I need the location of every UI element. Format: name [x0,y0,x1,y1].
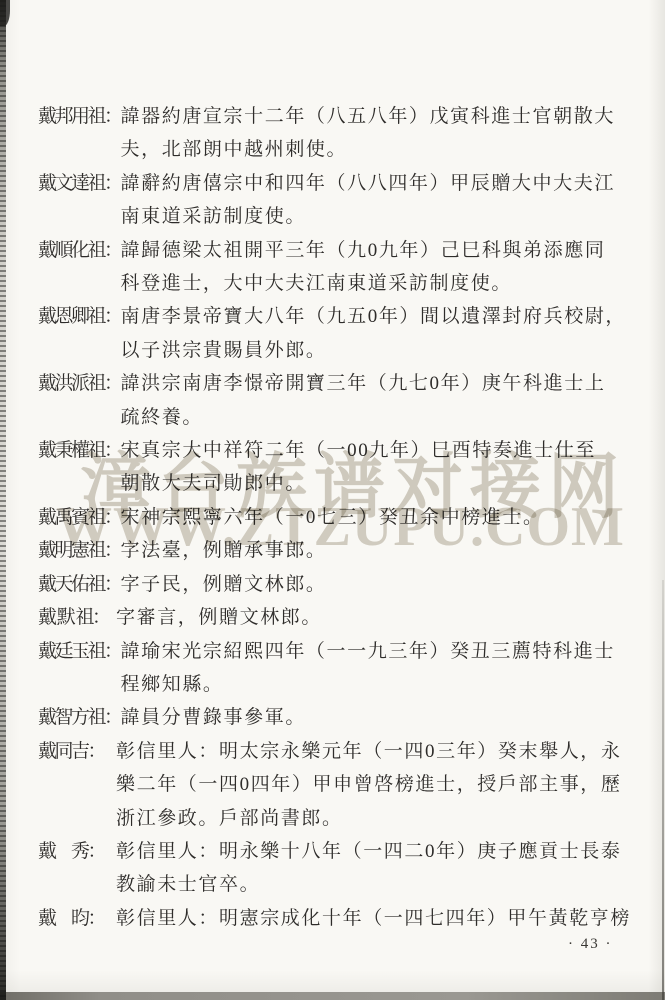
entry-text: 彰信里人：明憲宗成化十年（一四七四年）甲午黃乾亨榜 [116,902,618,935]
entry-text: 字法臺，例贈承事郎。 [121,534,618,567]
entry-row: 戴恩卿祖： 南唐李景帝寶大八年（九五0年）間以遺澤封府兵校尉， 以子洪宗貴賜員外… [38,300,618,367]
entry-text: 諱瑜宋光宗紹熙四年（一一九三年）癸丑三薦特科進士 程鄉知縣。 [121,635,618,702]
entry-text: 宋神宗熙寧六年（一0七三）癸丑余中榜進士。 [121,501,618,534]
entry-text: 諱辭約唐僖宗中和四年（八八四年）甲辰贈大中大夫江 南東道采訪制度使。 [121,167,618,234]
entry-text: 諱員分曹錄事參軍。 [121,701,618,734]
entry-text: 彰信里人：明太宗永樂元年（一四0三年）癸末舉人，永 樂二年（一四0四年）甲申曾啓… [116,735,618,835]
entry-text: 諱洪宗南唐李憬帝開寶三年（九七0年）庚午科進士上 疏終養。 [121,367,618,434]
entry-row: 戴同吉： 彰信里人：明太宗永樂元年（一四0三年）癸末舉人，永 樂二年（一四0四年… [38,735,618,835]
entry-name: 戴 秀： [38,835,116,868]
entry-text: 彰信里人：明永樂十八年（一四二0年）庚子應貢士長泰 教諭未士官卒。 [116,835,618,902]
entry-row: 戴 秀： 彰信里人：明永樂十八年（一四二0年）庚子應貢士長泰 教諭未士官卒。 [38,835,618,902]
entry-name: 戴洪派祖： [38,367,121,400]
scanned-genealogy-page: 戴邦用祖： 諱器約唐宣宗十二年（八五八年）戊寅科進士官朝散大 夫，北部朗中越州刺… [0,0,665,1000]
entry-name: 戴秉權祖： [38,434,121,467]
entry-name: 戴同吉： [38,735,116,768]
entry-row: 戴邦用祖： 諱器約唐宣宗十二年（八五八年）戊寅科進士官朝散大 夫，北部朗中越州刺… [38,100,618,167]
entry-row: 戴文達祖： 諱辭約唐僖宗中和四年（八八四年）甲辰贈大中大夫江 南東道采訪制度使。 [38,167,618,234]
scan-edge-right-artifact [662,580,664,1000]
entry-row: 戴智方祖： 諱員分曹錄事參軍。 [38,701,618,734]
entry-row: 戴天佑祖： 字子民，例贈文林郎。 [38,568,618,601]
entries-list: 戴邦用祖： 諱器約唐宣宗十二年（八五八年）戊寅科進士官朝散大 夫，北部朗中越州刺… [38,100,618,935]
entry-row: 戴 默 祖： 字審言，例贈文林郎。 [38,601,618,634]
entry-name: 戴智方祖： [38,701,121,734]
entry-row: 戴禹賓祖： 宋神宗熙寧六年（一0七三）癸丑余中榜進士。 [38,501,618,534]
entry-row: 戴洪派祖： 諱洪宗南唐李憬帝開寶三年（九七0年）庚午科進士上 疏終養。 [38,367,618,434]
entry-name: 戴邦用祖： [38,100,121,133]
entry-row: 戴順化祖： 諱歸德梁太祖開平三年（九0九年）己巳科與弟添應同 科登進士，大中大夫… [38,234,618,301]
entry-text: 南唐李景帝寶大八年（九五0年）間以遺澤封府兵校尉， 以子洪宗貴賜員外郎。 [121,300,618,367]
entry-name: 戴恩卿祖： [38,300,121,333]
scan-smudge-top-left [0,0,10,26]
entry-row: 戴秉權祖： 宋真宗大中祥符二年（一00九年）巳酉特奏進士仕至 朝散大夫司勛郎中。 [38,434,618,501]
entry-text: 諱歸德梁太祖開平三年（九0九年）己巳科與弟添應同 科登進士，大中大夫江南東道采訪… [121,234,618,301]
scan-edge-bottom-artifact [0,992,665,1000]
entry-text: 字審言，例贈文林郎。 [116,601,618,634]
entry-text: 諱器約唐宣宗十二年（八五八年）戊寅科進士官朝散大 夫，北部朗中越州刺使。 [121,100,618,167]
page-number: · 43 · [568,936,613,953]
entry-row: 戴 昀： 彰信里人：明憲宗成化十年（一四七四年）甲午黃乾亨榜 [38,902,618,935]
entry-row: 戴廷玉祖： 諱瑜宋光宗紹熙四年（一一九三年）癸丑三薦特科進士 程鄉知縣。 [38,635,618,702]
entry-name: 戴廷玉祖： [38,635,121,668]
entry-text: 宋真宗大中祥符二年（一00九年）巳酉特奏進士仕至 朝散大夫司勛郎中。 [121,434,618,501]
entry-name: 戴 昀： [38,902,116,935]
entry-name: 戴明憲祖： [38,534,121,567]
entry-text: 字子民，例贈文林郎。 [121,568,618,601]
entry-name: 戴文達祖： [38,167,121,200]
entry-name: 戴順化祖： [38,234,121,267]
entry-name: 戴 默 祖： [38,601,116,634]
entry-row: 戴明憲祖： 字法臺，例贈承事郎。 [38,534,618,567]
entry-name: 戴天佑祖： [38,568,121,601]
scan-edge-left-artifact [0,0,6,1000]
entry-name: 戴禹賓祖： [38,501,121,534]
